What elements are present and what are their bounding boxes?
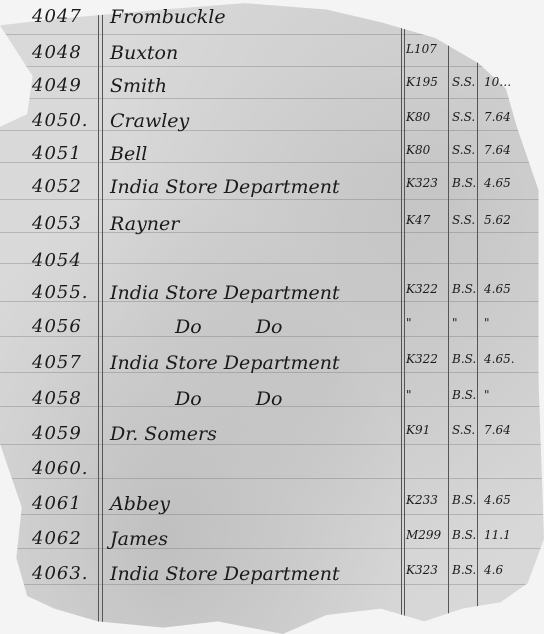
entry-rate: 11.1 <box>484 528 511 542</box>
ledger-row: 4058Do Do"B.S." <box>0 388 544 420</box>
entry-name: James <box>110 528 168 550</box>
ledger-row: 4047Frombuckle <box>0 6 544 38</box>
entry-ref: L107 <box>406 42 437 56</box>
ledger-row: 4063.India Store DepartmentK323B.S.4.6 <box>0 563 544 595</box>
entry-name: Crawley <box>110 110 189 132</box>
ledger-row: 4052India Store DepartmentK323B.S.4.65 <box>0 176 544 208</box>
entry-number: 4062 <box>32 528 98 549</box>
ledger-row: 4056Do Do""" <box>0 316 544 348</box>
entry-number: 4058 <box>32 388 98 409</box>
entry-number: 4054 <box>32 250 98 271</box>
entry-number: 4047 <box>32 6 98 27</box>
entry-number: 4048 <box>32 42 98 63</box>
entry-name: Buxton <box>110 42 178 64</box>
entry-ref: K80 <box>406 110 430 124</box>
entry-number: 4057 <box>32 352 98 373</box>
entry-rate: 4.6 <box>484 563 503 577</box>
entry-class: " <box>452 316 458 330</box>
entry-ref: K195 <box>406 75 438 89</box>
entry-class: B.S. <box>452 528 476 542</box>
entry-class: S.S. <box>452 75 475 89</box>
ledger-row: 4054 <box>0 250 544 282</box>
entry-name: India Store Department <box>110 563 340 585</box>
entry-ref: K80 <box>406 143 430 157</box>
entry-name: India Store Department <box>110 352 340 374</box>
entry-name: Dr. Somers <box>110 423 217 445</box>
ledger-row: 4053RaynerK47S.S.5.62 <box>0 213 544 245</box>
entry-name: Smith <box>110 75 167 97</box>
entry-ref: " <box>406 316 412 330</box>
ledger-row: 4050.CrawleyK80S.S.7.64 <box>0 110 544 142</box>
entry-number: 4056 <box>32 316 98 337</box>
entry-number: 4063. <box>32 563 98 584</box>
entry-name: Bell <box>110 143 147 165</box>
entry-ref: K323 <box>406 563 438 577</box>
entry-class: S.S. <box>452 213 475 227</box>
ledger-row: 4062JamesM299B.S.11.1 <box>0 528 544 560</box>
entry-name: Frombuckle <box>110 6 226 28</box>
entry-rate: 7.64 <box>484 143 511 157</box>
entry-rate: 7.64 <box>484 423 511 437</box>
entry-ref: K322 <box>406 352 438 366</box>
entry-class: B.S. <box>452 388 476 402</box>
entry-name: Do Do <box>175 316 282 338</box>
ledger-row: 4051BellK80S.S.7.64 <box>0 143 544 175</box>
ledger-row: 4059Dr. SomersK91S.S.7.64 <box>0 423 544 455</box>
entry-ref: K233 <box>406 493 438 507</box>
ledger-row: 4057India Store DepartmentK322B.S.4.65. <box>0 352 544 384</box>
ledger-row: 4061AbbeyK233B.S.4.65 <box>0 493 544 525</box>
entry-ref: K322 <box>406 282 438 296</box>
entry-class: S.S. <box>452 143 475 157</box>
entry-rate: 4.65 <box>484 493 511 507</box>
entry-number: 4055. <box>32 282 98 303</box>
entry-rate: 7.64 <box>484 110 511 124</box>
entry-rate: 4.65. <box>484 352 515 366</box>
entry-number: 4050. <box>32 110 98 131</box>
ledger-row: 4049SmithK195S.S.10… <box>0 75 544 107</box>
entry-class: B.S. <box>452 352 476 366</box>
entry-rate: 4.65 <box>484 176 511 190</box>
entry-name: Do Do <box>175 388 282 410</box>
entry-name: India Store Department <box>110 282 340 304</box>
entry-rate: 4.65 <box>484 282 511 296</box>
ledger-row: 4048BuxtonL107 <box>0 42 544 74</box>
ledger-row: 4055.India Store DepartmentK322B.S.4.65 <box>0 282 544 314</box>
entry-class: B.S. <box>452 176 476 190</box>
entry-number: 4049 <box>32 75 98 96</box>
entry-ref: K47 <box>406 213 430 227</box>
entry-class: B.S. <box>452 282 476 296</box>
entry-ref: " <box>406 388 412 402</box>
ledger-row: 4060. <box>0 458 544 490</box>
entry-rate: " <box>484 388 490 402</box>
entry-name: India Store Department <box>110 176 340 198</box>
entry-number: 4051 <box>32 143 98 164</box>
entry-class: B.S. <box>452 493 476 507</box>
entry-class: B.S. <box>452 563 476 577</box>
entry-rate: " <box>484 316 490 330</box>
entry-rate: 10… <box>484 75 511 89</box>
entry-class: S.S. <box>452 110 475 124</box>
entry-number: 4053 <box>32 213 98 234</box>
entry-rate: 5.62 <box>484 213 511 227</box>
entry-number: 4061 <box>32 493 98 514</box>
entry-ref: K323 <box>406 176 438 190</box>
entry-number: 4059 <box>32 423 98 444</box>
entry-number: 4060. <box>32 458 98 479</box>
entry-ref: K91 <box>406 423 430 437</box>
entry-name: Abbey <box>110 493 170 515</box>
entry-number: 4052 <box>32 176 98 197</box>
entry-ref: M299 <box>406 528 441 542</box>
entry-name: Rayner <box>110 213 179 235</box>
entry-class: S.S. <box>452 423 475 437</box>
